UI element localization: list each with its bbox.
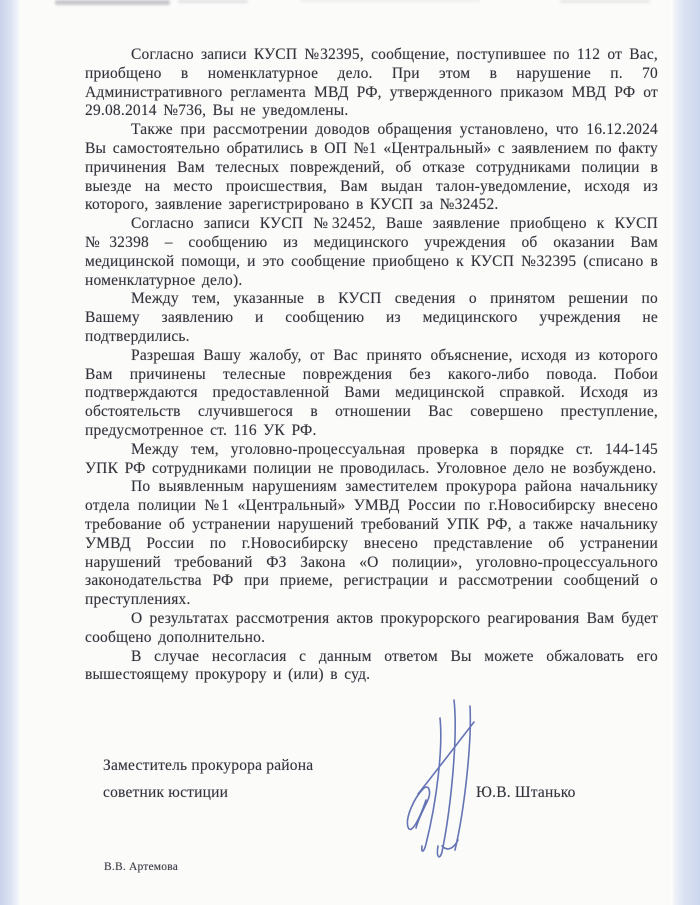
signer-position-line1: Заместитель прокурора района <box>103 757 313 775</box>
letter-body: Согласно записи КУСП №32395, сообщение, … <box>85 46 658 685</box>
scan-artifact <box>178 0 248 3</box>
body-paragraph: Согласно записи КУСП №32452, Ваше заявле… <box>85 215 658 290</box>
body-paragraph: В случае несогласия с данным ответом Вы … <box>85 648 658 686</box>
executor-name: В.В. Артемова <box>104 861 178 873</box>
scan-artifact <box>560 0 650 3</box>
scan-fold-line <box>671 0 672 905</box>
body-paragraph: По выявленным нарушениям заместителем пр… <box>85 478 658 610</box>
body-paragraph: Между тем, указанные в КУСП сведения о п… <box>85 290 658 346</box>
body-paragraph: Разрешая Вашу жалобу, от Вас принято объ… <box>85 347 658 441</box>
scan-edge-left-band <box>0 0 20 905</box>
scan-artifact <box>55 0 170 5</box>
body-paragraph: О результатах рассмотрения актов прокуро… <box>85 610 658 648</box>
signer-position-line2: советник юстиции <box>103 784 228 802</box>
body-paragraph: Также при рассмотрении доводов обращения… <box>85 121 658 215</box>
scan-edge-right-band <box>672 0 700 905</box>
handwritten-signature <box>396 696 496 864</box>
body-paragraph: Согласно записи КУСП №32395, сообщение, … <box>85 46 658 121</box>
body-paragraph: Между тем, уголовно-процессуальная прове… <box>85 441 658 479</box>
scan-artifact <box>300 0 480 2</box>
